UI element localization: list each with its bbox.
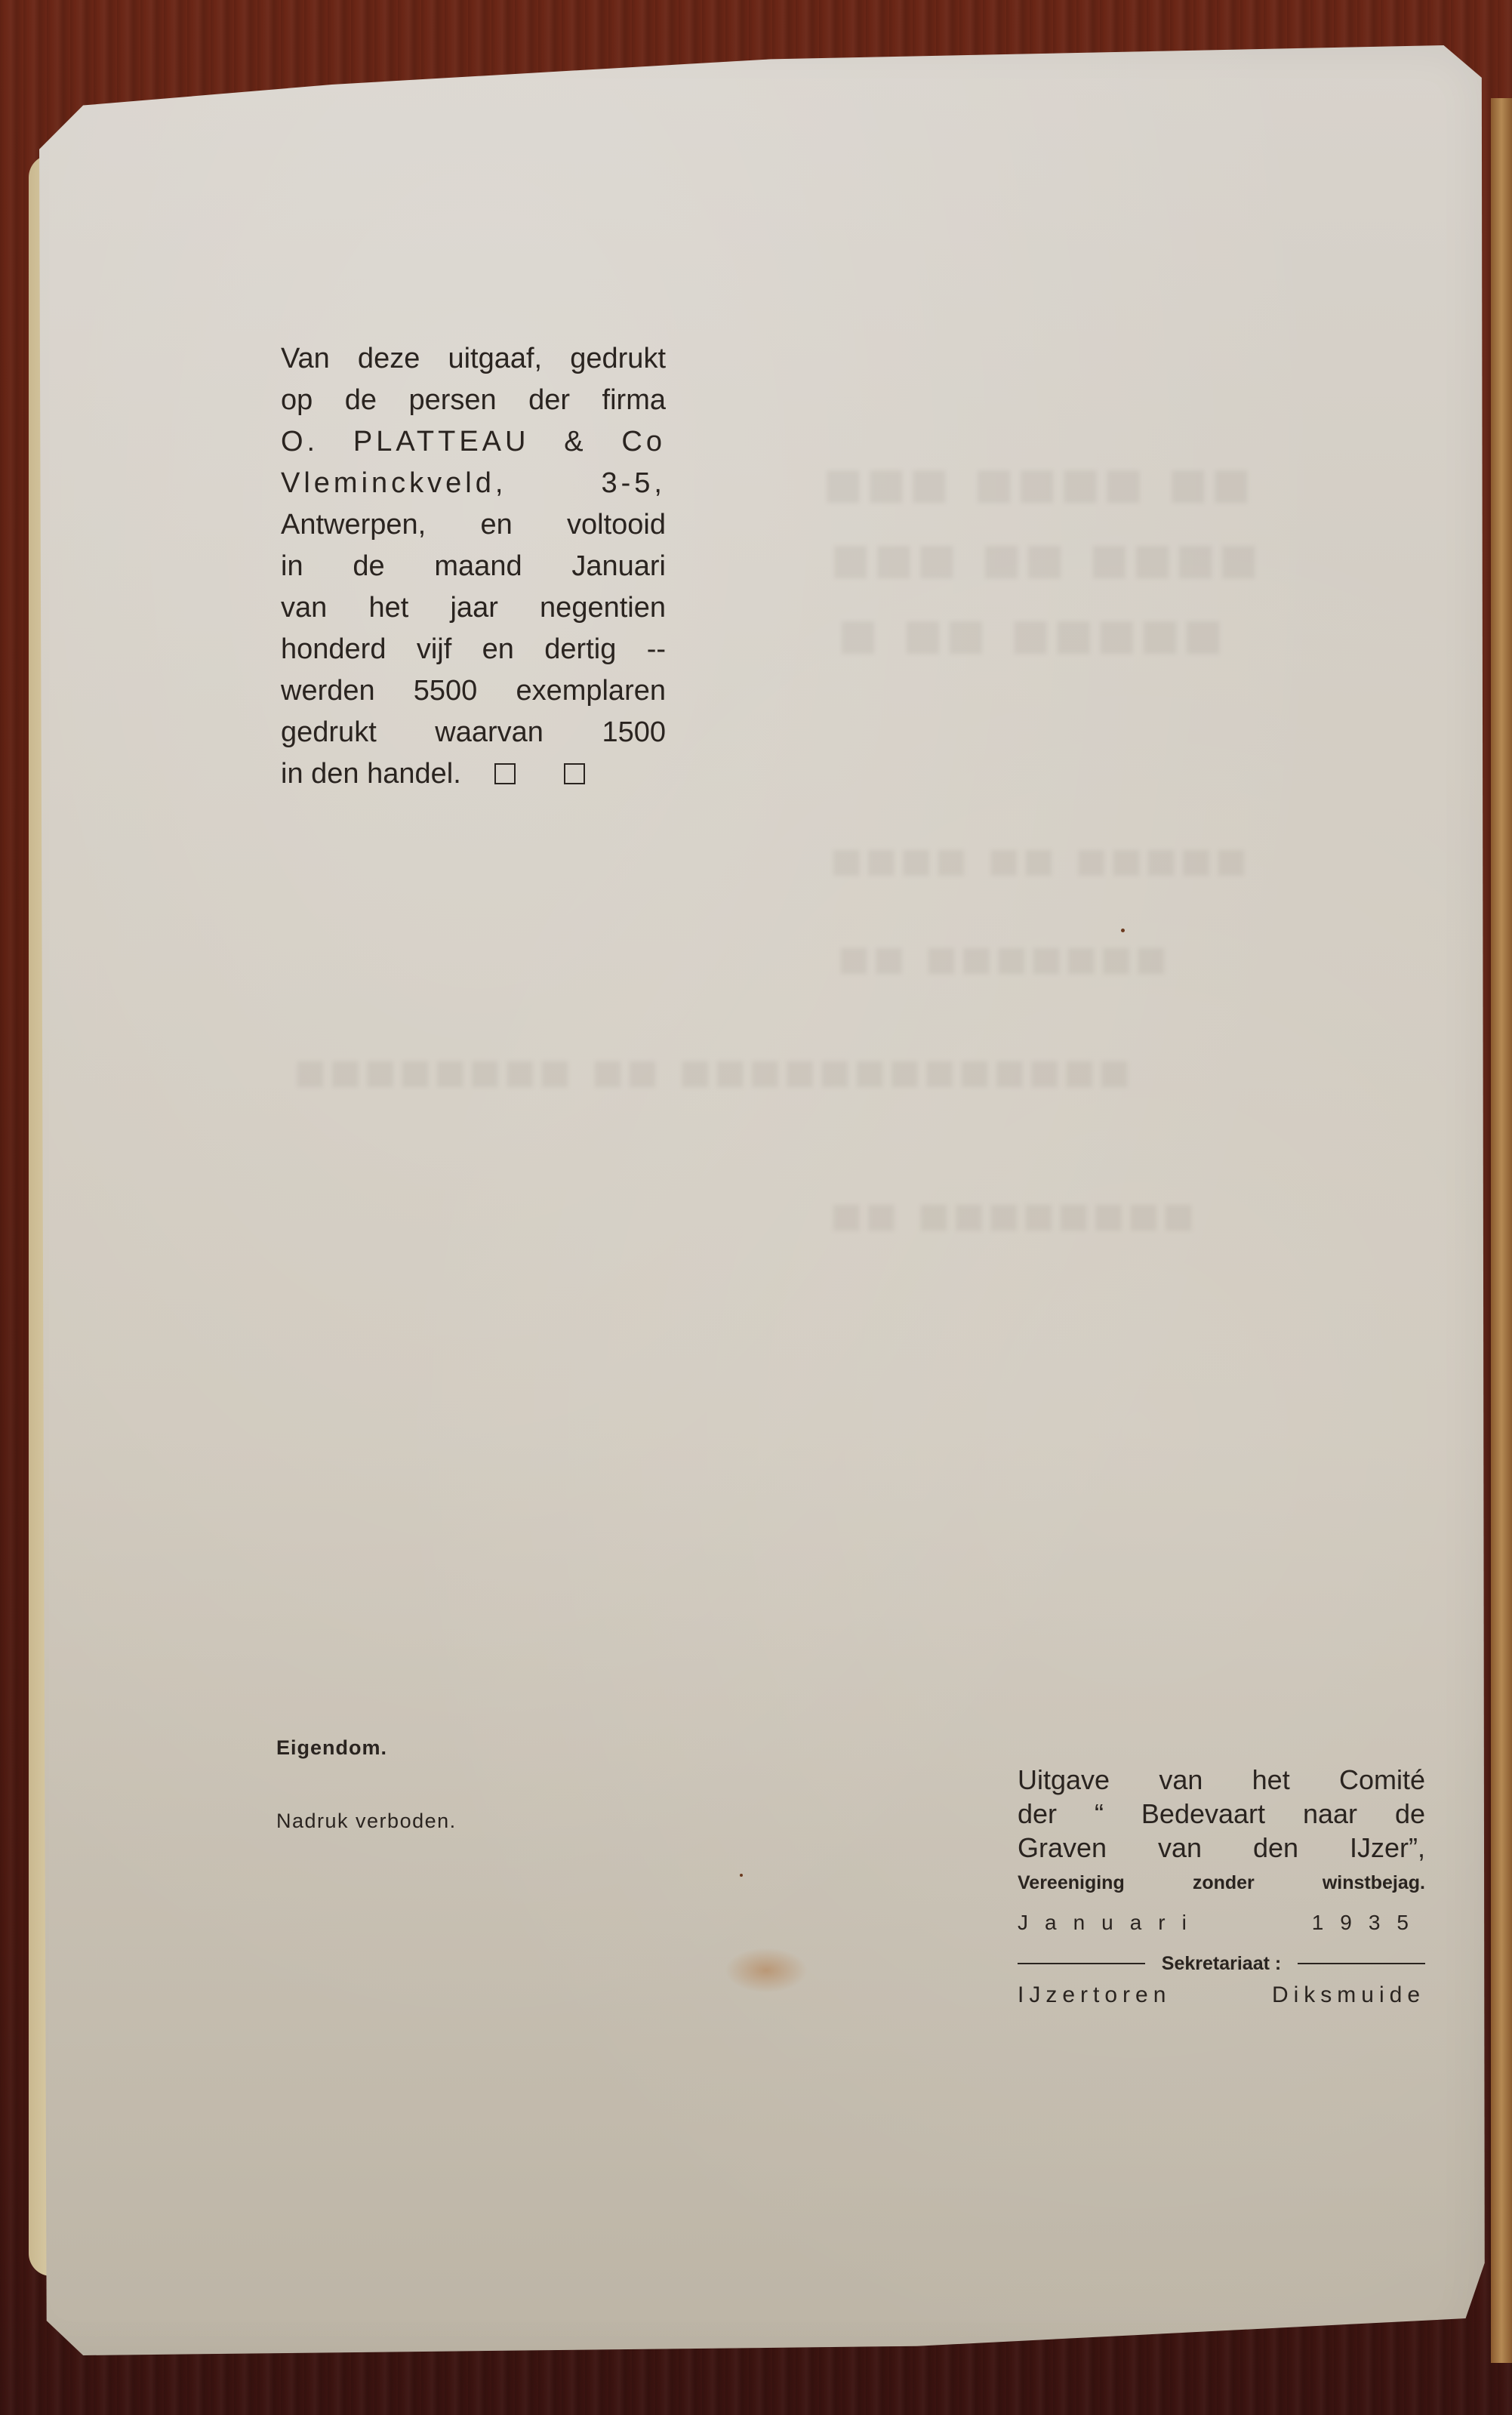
colophon-line: in den handel. (281, 758, 461, 790)
publisher-line: Graven van den IJzer”, (1018, 1831, 1425, 1865)
publisher-block: Uitgave van het Comité der “ Bedevaart n… (1018, 1763, 1425, 2011)
speck (740, 1874, 743, 1877)
ownership-notice: Eigendom. (276, 1736, 387, 1760)
publisher-line: Uitgave van het Comité (1018, 1763, 1425, 1797)
colophon: Van deze uitgaaf, gedrukt op de persen d… (281, 338, 666, 795)
square-outline-icon (564, 763, 585, 784)
show-through-text: ■■ ■■■■■■■ (838, 929, 1170, 989)
divider (1298, 1963, 1425, 1964)
show-through-text: ■■■ ■■■■ ■■ (823, 445, 1254, 522)
association-line: Vereeniging zonder winstbejag. (1018, 1868, 1425, 1898)
colophon-last-line: in den handel. (281, 753, 666, 795)
show-through-text: ■■ ■■■■■■■■ (830, 1185, 1197, 1246)
colophon-line: werden 5500 exemplaren (281, 670, 666, 712)
colophon-line: O. PLATTEAU & Co (281, 421, 666, 463)
secretariat-address: IJzertoren Diksmuide (1018, 1979, 1425, 2011)
show-through-text: ■■■■■■■■ ■■ ■■■■■■■■■■■■■ (294, 1042, 1133, 1102)
colophon-line: in de maand Januari (281, 546, 666, 587)
show-through-text: ■ ■■ ■■■■■ (838, 596, 1226, 673)
colophon-line: Antwerpen, en voltooid (281, 504, 666, 546)
speck (1121, 929, 1125, 932)
square-outline-icon (494, 763, 516, 784)
show-through-text: ■■■■ ■■ ■■■■■ (830, 830, 1250, 891)
book-spine (1491, 98, 1512, 2363)
colophon-line: op de persen der firma (281, 380, 666, 421)
secretariat-line: Sekretariaat : (1018, 1949, 1425, 1978)
secretariat-label: Sekretariaat : (1162, 1949, 1281, 1978)
publication-date: Januari 1935 (1018, 1907, 1425, 1939)
colophon-line: Van deze uitgaaf, gedrukt (281, 338, 666, 380)
colophon-line: Vleminckveld, 3-5, (281, 463, 666, 504)
show-through-text: ■■■ ■■ ■■■■ (830, 521, 1261, 598)
reproduction-notice: Nadruk verboden. (276, 1810, 457, 1833)
divider (1018, 1963, 1145, 1964)
colophon-line: gedrukt waarvan 1500 (281, 712, 666, 753)
colophon-line: honderd vijf en dertig -- (281, 629, 666, 670)
stain (725, 1948, 808, 1993)
colophon-line: van het jaar negentien (281, 587, 666, 629)
publisher-line: der “ Bedevaart naar de (1018, 1797, 1425, 1831)
